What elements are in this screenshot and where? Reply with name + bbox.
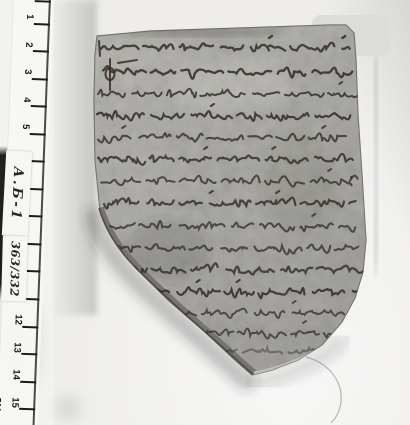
ostracon-artwork: [0, 0, 410, 425]
inscription-accent-mark: [99, 41, 100, 56]
photo-frame: CM 123456789101112131415 А.Б-1 363/332: [0, 0, 410, 425]
